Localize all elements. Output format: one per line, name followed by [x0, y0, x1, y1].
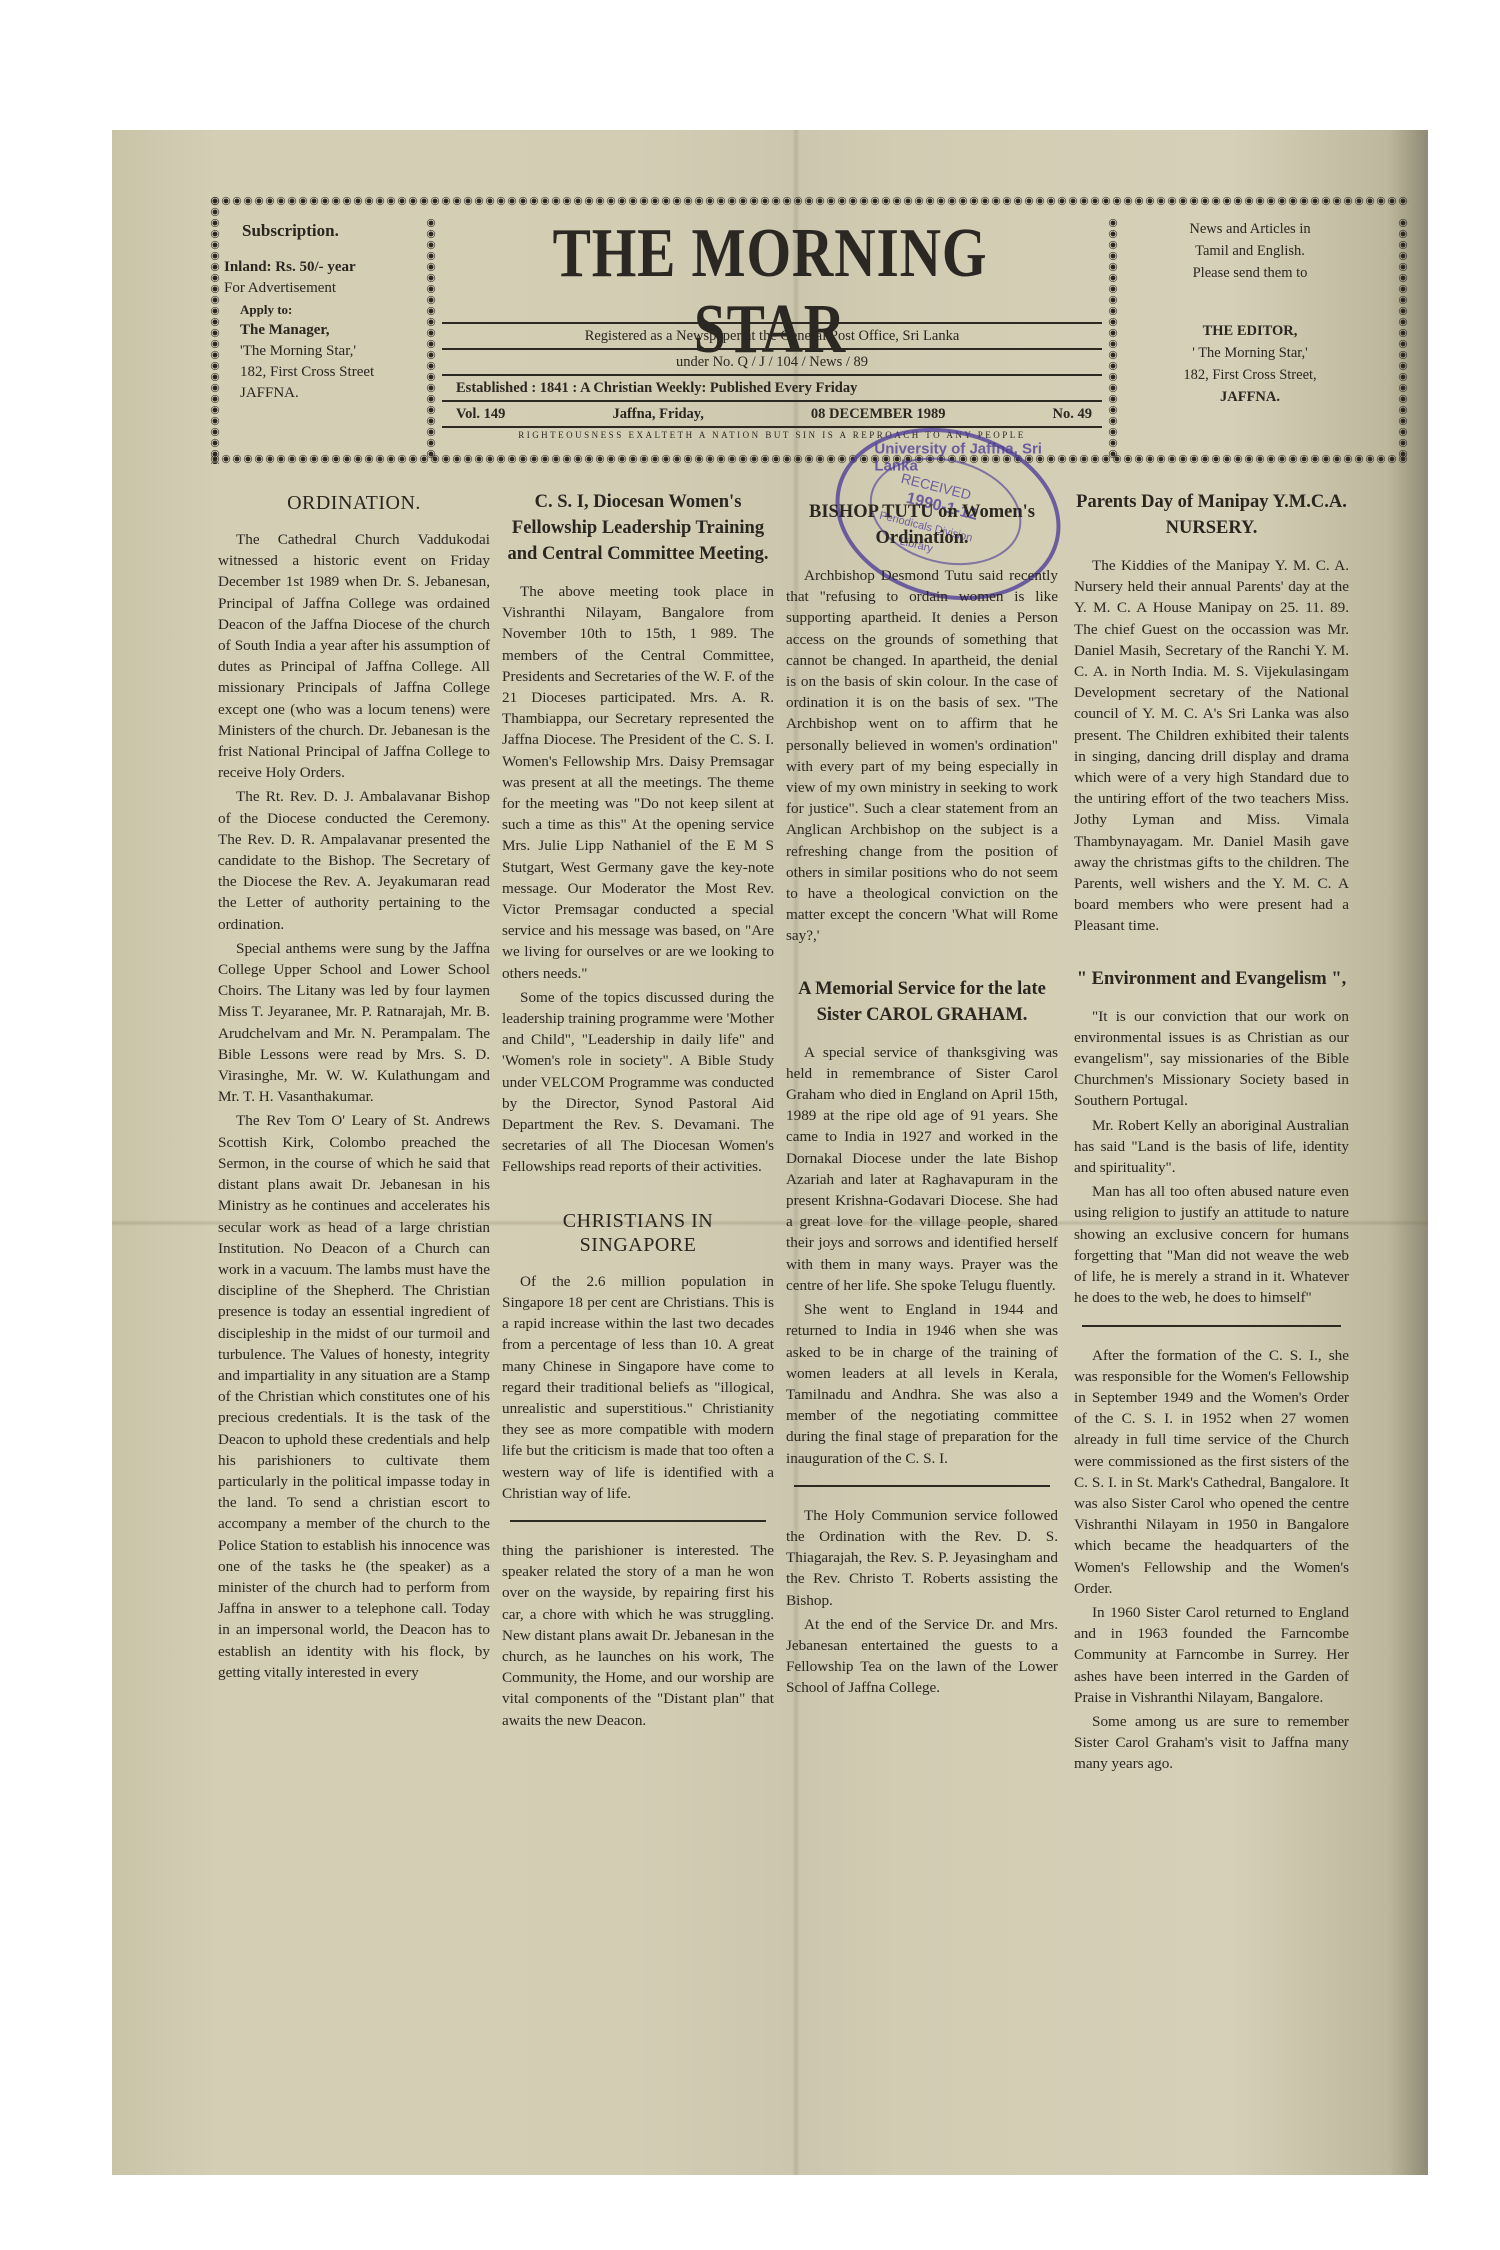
registration-box: Registered as a Newspaper at the General…: [442, 322, 1102, 442]
headline-christians-in-singapore: CHRISTIANS IN SINGAPORE: [502, 1209, 774, 1257]
subscription-title: Subscription.: [242, 220, 419, 241]
editor-title: THE EDITOR,: [1120, 320, 1380, 342]
editor-note-line: Please send them to: [1120, 262, 1380, 284]
volume-number: Vol. 149: [456, 402, 505, 426]
ornamental-border-bottom: [210, 454, 1410, 464]
article-paragraph: "It is our conviction that our work on e…: [1074, 1006, 1349, 1112]
ordination-continuation: The Holy Communion service followed the …: [786, 1505, 1058, 1611]
place-day: Jaffna, Friday,: [612, 402, 703, 426]
column-3: BISHOP TUTU on Women's Ordination. Archb…: [786, 485, 1058, 1702]
registration-number: under No. Q / J / 104 / News / 89: [442, 348, 1102, 374]
issue-number: No. 49: [1053, 402, 1092, 426]
article-divider: [794, 1485, 1050, 1487]
article-paragraph: The Cathedral Church Vaddukodai witnesse…: [218, 529, 490, 783]
column-4: Parents Day of Manipay Y.M.C.A. NURSERY.…: [1074, 485, 1349, 1778]
article-paragraph: Special anthems were sung by the Jaffna …: [218, 938, 490, 1108]
issue-line: Vol. 149 Jaffna, Friday, 08 DECEMBER 198…: [442, 400, 1102, 426]
article-paragraph: Man has all too often abused nature even…: [1074, 1181, 1349, 1308]
editor-note-line: News and Articles in: [1120, 218, 1380, 240]
article-divider: [510, 1520, 766, 1522]
headline-csi-womens-fellowship: C. S. I, Diocesan Women's Fellowship Lea…: [502, 489, 774, 567]
article-paragraph: The above meeting took place in Vishrant…: [502, 581, 774, 984]
article-paragraph: The Kiddies of the Manipay Y. M. C. A. N…: [1074, 555, 1349, 937]
headline-bishop-tutu: BISHOP TUTU on Women's Ordination.: [786, 499, 1058, 551]
ornamental-divider-left: [426, 218, 436, 458]
headline-manipay-ymca: Parents Day of Manipay Y.M.C.A. NURSERY.: [1074, 489, 1349, 541]
article-paragraph: She went to England in 1944 and returned…: [786, 1299, 1058, 1469]
article-paragraph: The Rt. Rev. D. J. Ambalavanar Bishop of…: [218, 786, 490, 934]
article-paragraph: Archbishop Desmond Tutu said recently th…: [786, 565, 1058, 947]
headline-environment-evangelism: " Environment and Evangelism ",: [1074, 966, 1349, 992]
article-paragraph: Mr. Robert Kelly an aboriginal Australia…: [1074, 1115, 1349, 1179]
registration-line: Registered as a Newspaper at the General…: [442, 322, 1102, 348]
column-2: C. S. I, Diocesan Women's Fellowship Lea…: [502, 485, 774, 1734]
memorial-continuation: After the formation of the C. S. I., she…: [1074, 1345, 1349, 1599]
established-line: Established : 1841 : A Christian Weekly:…: [442, 374, 1102, 400]
article-divider: [1082, 1325, 1341, 1327]
editor-box: News and Articles in Tamil and English. …: [1120, 218, 1380, 408]
ordination-continuation: thing the parishioner is interested. The…: [502, 1540, 774, 1731]
manager-paper: 'The Morning Star,': [240, 341, 419, 362]
masthead: Subscription. Inland: Rs. 50/- year For …: [210, 196, 1410, 466]
editor-note-line: Tamil and English.: [1120, 240, 1380, 262]
subscription-rate: Inland: Rs. 50/- year: [224, 257, 419, 278]
editor-street: 182, First Cross Street,: [1120, 364, 1380, 386]
manager-street: 182, First Cross Street: [240, 362, 419, 383]
ornamental-border-top: [210, 196, 1410, 206]
ornamental-border-right: [1398, 218, 1408, 458]
headline-ordination: ORDINATION.: [218, 491, 490, 515]
ornamental-border-left: [210, 196, 220, 464]
ornamental-divider-right: [1108, 218, 1118, 458]
editor-paper: ' The Morning Star,': [1120, 342, 1380, 364]
subscription-box: Subscription. Inland: Rs. 50/- year For …: [224, 220, 419, 404]
article-paragraph: The Rev Tom O' Leary of St. Andrews Scot…: [218, 1110, 490, 1682]
article-paragraph: Some of the topics discussed during the …: [502, 987, 774, 1178]
memorial-continuation: Some among us are sure to remember Siste…: [1074, 1711, 1349, 1775]
headline-memorial-service: A Memorial Service for the late Sister C…: [786, 976, 1058, 1028]
article-paragraph: A special service of thanksgiving was he…: [786, 1042, 1058, 1296]
manager-label: The Manager,: [240, 320, 419, 341]
manager-city: JAFFNA.: [240, 383, 419, 404]
editor-city: JAFFNA.: [1120, 386, 1380, 408]
ordination-continuation: At the end of the Service Dr. and Mrs. J…: [786, 1614, 1058, 1699]
memorial-continuation: In 1960 Sister Carol returned to England…: [1074, 1602, 1349, 1708]
apply-to-label: Apply to:: [240, 299, 419, 320]
advertisement-label: For Advertisement: [224, 278, 419, 299]
issue-date: 08 DECEMBER 1989: [811, 402, 946, 426]
article-paragraph: Of the 2.6 million population in Singapo…: [502, 1271, 774, 1504]
column-1: ORDINATION. The Cathedral Church Vadduko…: [218, 485, 490, 1686]
newspaper-page: Subscription. Inland: Rs. 50/- year For …: [112, 130, 1428, 2175]
